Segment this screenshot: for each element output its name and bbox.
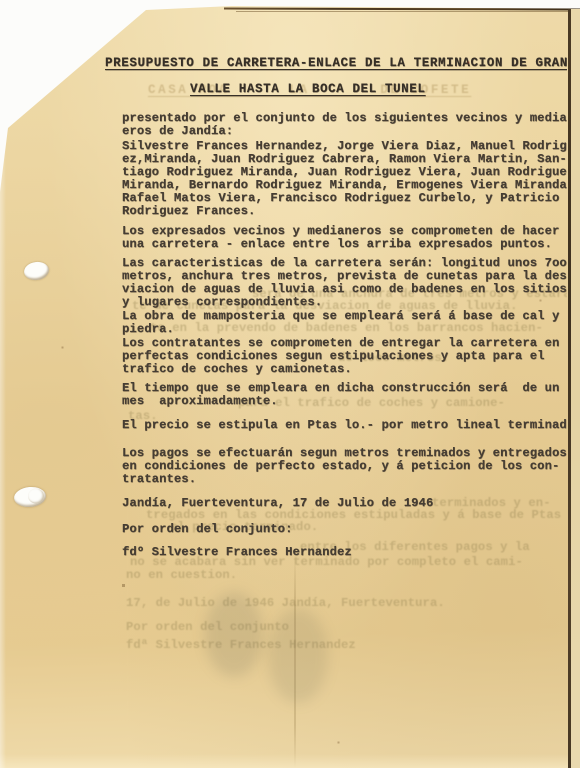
scanned-document-page: CASA ROA LA DE COFETE será de una anchur… bbox=[0, 0, 580, 768]
paper-top-edge-shadow bbox=[236, 11, 580, 12]
paragraph-delivery: Los contratantes se comprometen de entre… bbox=[122, 337, 559, 376]
underlying-page-strip bbox=[571, 9, 580, 768]
ink-smudge bbox=[205, 592, 263, 677]
document-title-line2: VALLE HASTA LA BOCA DEL TUNEL bbox=[190, 82, 426, 96]
paragraph-characteristics: Las caracteristicas de la carretera será… bbox=[122, 257, 567, 309]
paragraph-presented-by: presentado por el conjunto de los siguie… bbox=[122, 112, 567, 138]
by-order-line: Por orden del conjunto: bbox=[122, 523, 293, 536]
date-line: Jandía, Fuerteventura, 17 de Julio de 19… bbox=[122, 497, 433, 510]
paragraph-commitment: Los expresados vecinos y medianeros se c… bbox=[122, 225, 559, 251]
paragraph-masonry: La obra de mamposteria que se empleará s… bbox=[122, 310, 559, 336]
dust-specks bbox=[0, 0, 1, 1]
signature-line: fdº Silvestre Frances Hernandez bbox=[122, 546, 352, 559]
document-title-line1: PRESUPUESTO DE CARRETERA-ENLACE DE LA TE… bbox=[105, 56, 567, 70]
paragraph-names-list: Silvestre Frances Hernandez, Jorge Viera… bbox=[122, 140, 567, 218]
paragraph-price: El precio se estipula en Ptas lo.- por m… bbox=[122, 419, 567, 432]
paragraph-timeframe: El tiempo que se empleara en dicha const… bbox=[122, 382, 559, 408]
ink-smudge bbox=[268, 608, 328, 703]
ghost-text-line: 17, de Julio de 1946 Jandía, Fuerteventu… bbox=[126, 597, 445, 610]
ghost-text-line: no en cuestion. bbox=[126, 569, 237, 582]
paragraph-payments: Los pagos se efectuarán segun metros tre… bbox=[122, 447, 567, 486]
paper-sheet: CASA ROA LA DE COFETE será de una anchur… bbox=[0, 0, 580, 768]
